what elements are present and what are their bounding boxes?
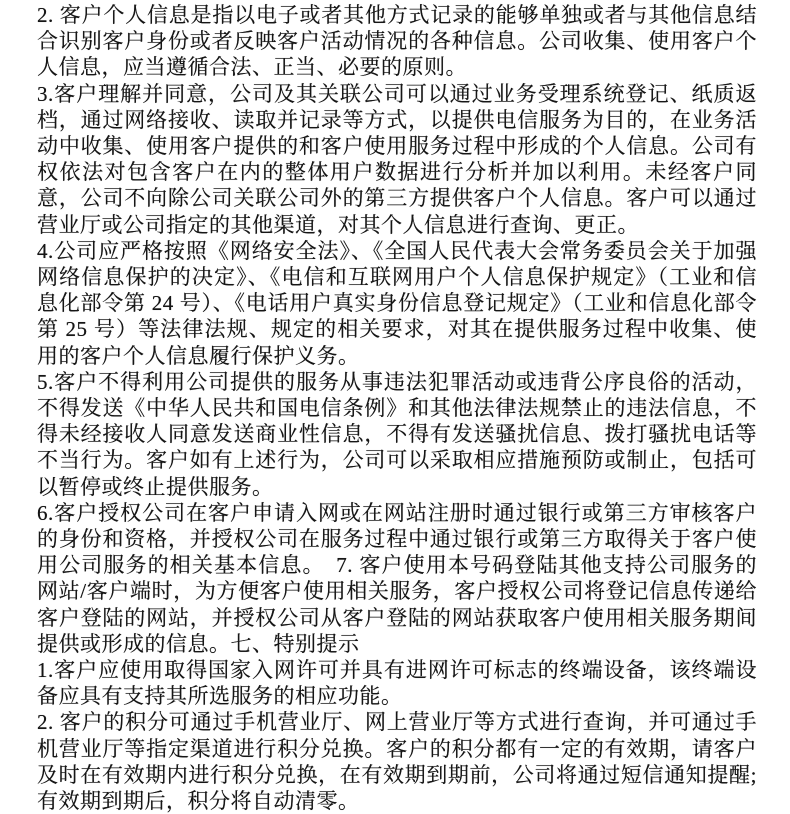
document-body: 2. 客户个人信息是指以电子或者其他方式记录的能够单独或者与其他信息结合识别客户… xyxy=(37,2,757,814)
document-page: 2. 客户个人信息是指以电子或者其他方式记录的能够单独或者与其他信息结合识别客户… xyxy=(0,0,790,814)
paragraph-consent-data-collection: 3.客户理解并同意，公司及其关联公司可以通过业务受理系统登记、纸质返档，通过网络… xyxy=(37,81,757,238)
paragraph-points-validity: 2. 客户的积分可通过手机营业厅、网上营业厅等方式进行查询，并可通过手机营业厅等… xyxy=(37,709,757,814)
paragraph-personal-info-definition: 2. 客户个人信息是指以电子或者其他方式记录的能够单独或者与其他信息结合识别客户… xyxy=(37,2,757,81)
paragraph-terminal-device-requirement: 1.客户应使用取得国家入网许可并具有进网许可标志的终端设备，该终端设备应具有支持… xyxy=(37,657,757,709)
paragraph-authorization-and-special-notice-heading: 6.客户授权公司在客户申请入网或在网站注册时通过银行或第三方审核客户的身份和资格… xyxy=(37,500,757,657)
paragraph-legal-compliance: 4.公司应严格按照《网络安全法》、《全国人民代表大会常务委员会关于加强网络信息保… xyxy=(37,238,757,369)
paragraph-prohibited-conduct: 5.客户不得利用公司提供的服务从事违法犯罪活动或违背公序良俗的活动，不得发送《中… xyxy=(37,369,757,500)
